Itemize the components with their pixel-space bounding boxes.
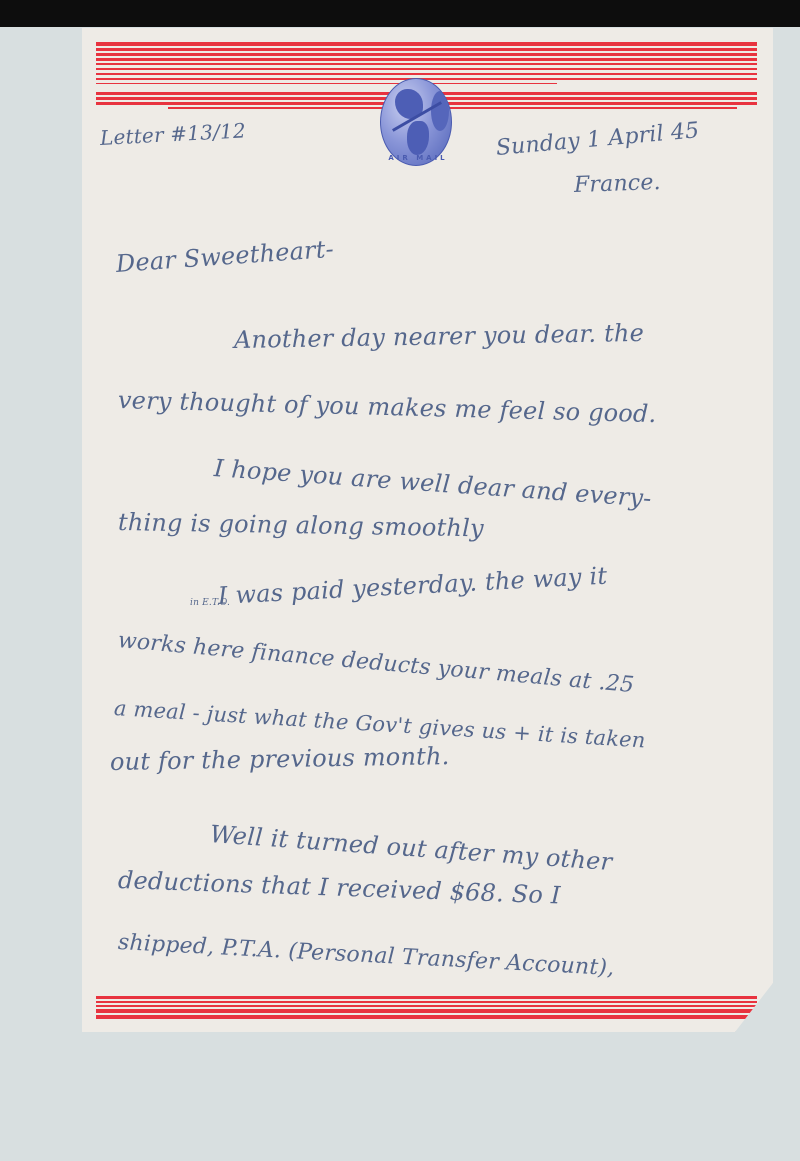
body-line: works here finance deducts your meals at… [117,628,635,698]
body-line: thing is going along smoothly [118,508,484,542]
letter-number: Letter #13/12 [99,118,246,150]
letter-sheet: AIR MAIL Letter #13/12 Sunday 1 April 45… [82,28,773,1032]
body-line: I hope you are well dear and every- [213,454,652,513]
scanner-bar [0,0,800,27]
letter-place: France. [574,170,662,198]
airmail-label: AIR MAIL [372,154,464,162]
salutation: Dear Sweetheart- [115,235,335,278]
body-line: shipped, P.T.A. (Personal Transfer Accou… [117,930,615,981]
body-line: Another day nearer you dear. the [234,319,644,354]
body-line: out for the previous month. [110,742,450,776]
globe-icon [380,78,452,166]
body-line: very thought of you makes me feel so goo… [118,386,657,428]
letterhead-stripes-footer [96,996,757,1019]
letter-date: Sunday 1 April 45 [495,118,700,161]
interlinear-note: in E.T.O. [190,598,230,608]
body-line: Well it turned out after my other [209,820,613,876]
body-line: deductions that I received $68. So I [118,866,562,909]
airmail-globe-emblem: AIR MAIL [378,78,454,174]
body-line: I was paid yesterday. the way it [217,562,608,610]
